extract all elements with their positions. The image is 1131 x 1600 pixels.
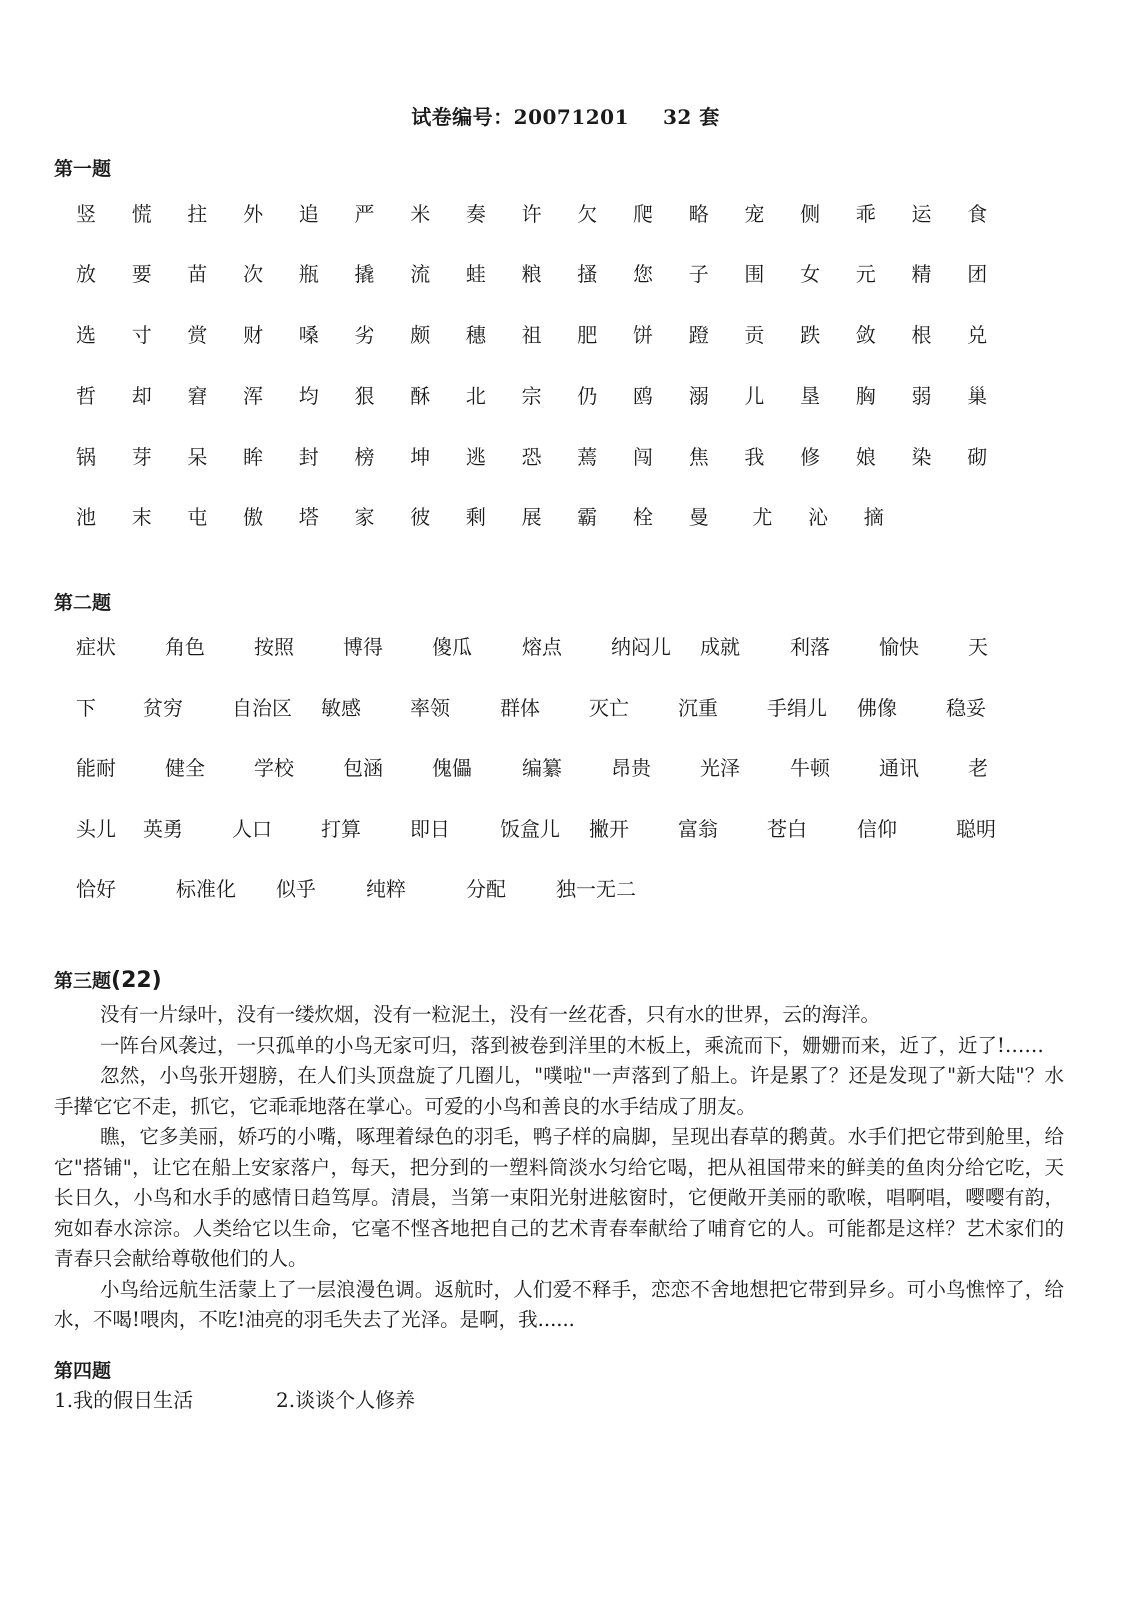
- character-item: 元: [856, 258, 886, 287]
- word-item: 通讯: [879, 752, 919, 781]
- character-item: 竖: [76, 198, 106, 227]
- word-item: 博得: [343, 631, 383, 660]
- character-item: 北: [466, 380, 496, 409]
- character-item: 严: [355, 198, 385, 227]
- character-item: 砌: [967, 441, 997, 470]
- word-item: 学校: [254, 752, 294, 781]
- character-item: 嗓: [299, 319, 329, 348]
- word-item: 纳闷儿: [611, 631, 671, 660]
- character-item: 爬: [633, 198, 663, 227]
- passage-paragraph: 忽然，小鸟张开翅膀，在人们头顶盘旋了几圈儿，"噗啦"一声落到了船上。许是累了？还…: [54, 1061, 1064, 1122]
- word-item: 标准化: [176, 873, 236, 902]
- word-item: 富翁: [678, 813, 718, 842]
- character-item: 米: [410, 198, 440, 227]
- character-item: 运: [912, 198, 942, 227]
- character-item: 穗: [466, 319, 496, 348]
- word-item: 编纂: [522, 752, 562, 781]
- section4-heading: 第四题: [54, 1356, 111, 1383]
- character-item: 粮: [522, 258, 552, 287]
- word-item: 独一无二: [556, 873, 636, 902]
- character-item: 流: [410, 258, 440, 287]
- essay-topic: 1.我的假日生活: [54, 1384, 276, 1413]
- essay-topics: 1.我的假日生活2.谈谈个人修养: [54, 1384, 415, 1413]
- character-item: 展: [522, 501, 552, 530]
- character-item: 儿: [744, 380, 774, 409]
- character-item: 塔: [299, 501, 329, 530]
- character-item: 弱: [912, 380, 942, 409]
- character-item: 宗: [522, 380, 552, 409]
- word-item: 自治区: [232, 692, 292, 721]
- reading-passage: 没有一片绿叶，没有一缕炊烟，没有一粒泥土，没有一丝花香，只有水的世界，云的海洋。…: [54, 1000, 1064, 1336]
- section3-score: (22): [111, 968, 162, 993]
- character-item: 彼: [410, 501, 440, 530]
- character-item: 团: [967, 258, 997, 287]
- word-item: 稳妥: [946, 692, 986, 721]
- character-item: 剩: [466, 501, 496, 530]
- word-item: 昂贵: [611, 752, 651, 781]
- word-item: 人口: [232, 813, 272, 842]
- character-item: 要: [132, 258, 162, 287]
- character-item: 寸: [132, 319, 162, 348]
- word-item: 群体: [500, 692, 540, 721]
- word-item: 傻瓜: [432, 631, 472, 660]
- word-item: 即日: [410, 813, 450, 842]
- character-item: 屯: [187, 501, 217, 530]
- character-item: 巢: [967, 380, 997, 409]
- character-item: 溺: [689, 380, 719, 409]
- character-item: 却: [132, 380, 162, 409]
- character-item: 沁: [808, 501, 838, 530]
- character-item: 劣: [355, 319, 385, 348]
- character-item: 精: [912, 258, 942, 287]
- character-item: 蹬: [689, 319, 719, 348]
- character-item: 您: [633, 258, 663, 287]
- word-item: 头儿: [76, 813, 116, 842]
- essay-topic: 2.谈谈个人修养: [276, 1384, 415, 1413]
- character-item: 均: [299, 380, 329, 409]
- character-item: 许: [522, 198, 552, 227]
- character-item: 逃: [466, 441, 496, 470]
- character-item: 围: [744, 258, 774, 287]
- character-item: 坤: [410, 441, 440, 470]
- character-item: 我: [744, 441, 774, 470]
- exam-id: 试卷编号：20071201: [411, 105, 629, 129]
- word-item: 沉重: [678, 692, 718, 721]
- character-item: 栓: [633, 501, 663, 530]
- character-item: 芽: [132, 441, 162, 470]
- section3-heading: 第三题(22): [54, 966, 162, 993]
- character-item: 霸: [577, 501, 607, 530]
- word-item: 聪明: [956, 813, 996, 842]
- word-item: 撇开: [589, 813, 629, 842]
- character-item: 榜: [355, 441, 385, 470]
- character-item: 垦: [800, 380, 830, 409]
- word-item: 饭盒儿: [500, 813, 560, 842]
- word-item: 愉快: [879, 631, 919, 660]
- character-item: 池: [76, 501, 106, 530]
- character-item: 肥: [577, 319, 607, 348]
- character-item: 封: [299, 441, 329, 470]
- word-item: 苍白: [767, 813, 807, 842]
- character-item: 浑: [243, 380, 273, 409]
- character-item: 恐: [522, 441, 552, 470]
- passage-paragraph: 一阵台风袭过，一只孤单的小鸟无家可归，落到被卷到洋里的木板上，乘流而下，姗姗而来…: [54, 1031, 1064, 1062]
- character-item: 乖: [856, 198, 886, 227]
- character-item: 赏: [187, 319, 217, 348]
- character-item: 修: [800, 441, 830, 470]
- word-item: 佛像: [857, 692, 897, 721]
- character-item: 眸: [243, 441, 273, 470]
- word-item: 敏感: [321, 692, 361, 721]
- character-item: 略: [689, 198, 719, 227]
- character-item: 家: [355, 501, 385, 530]
- word-item: 贫穷: [143, 692, 183, 721]
- word-item: 纯粹: [366, 873, 406, 902]
- character-item: 呆: [187, 441, 217, 470]
- character-item: 焦: [689, 441, 719, 470]
- character-item: 选: [76, 319, 106, 348]
- character-item: 放: [76, 258, 106, 287]
- character-item: 奏: [466, 198, 496, 227]
- character-item: 贡: [744, 319, 774, 348]
- word-item: 老: [968, 752, 988, 781]
- word-item: 角色: [165, 631, 205, 660]
- character-item: 酥: [410, 380, 440, 409]
- character-item: 敛: [856, 319, 886, 348]
- character-item: 财: [243, 319, 273, 348]
- character-item: 外: [243, 198, 273, 227]
- character-item: 胸: [856, 380, 886, 409]
- word-item: 率领: [410, 692, 450, 721]
- section1-heading: 第一题: [54, 154, 111, 181]
- word-item: 天: [968, 631, 988, 660]
- character-item: 兑: [967, 319, 997, 348]
- character-item: 颇: [410, 319, 440, 348]
- word-item: 按照: [254, 631, 294, 660]
- section3-heading-label: 第三题: [54, 970, 111, 992]
- character-item: 鸥: [633, 380, 663, 409]
- character-item: 瓶: [299, 258, 329, 287]
- word-item: 灭亡: [589, 692, 629, 721]
- exam-title: 试卷编号：2007120132 套: [0, 101, 1131, 130]
- character-item: 末: [132, 501, 162, 530]
- character-item: 撬: [355, 258, 385, 287]
- character-item: 娘: [856, 441, 886, 470]
- character-item: 女: [800, 258, 830, 287]
- word-item: 傀儡: [432, 752, 472, 781]
- word-item: 包涵: [343, 752, 383, 781]
- word-item: 利落: [790, 631, 830, 660]
- passage-paragraph: 没有一片绿叶，没有一缕炊烟，没有一粒泥土，没有一丝花香，只有水的世界，云的海洋。: [54, 1000, 1064, 1031]
- character-item: 根: [912, 319, 942, 348]
- character-item: 跌: [800, 319, 830, 348]
- word-item: 牛顿: [790, 752, 830, 781]
- word-item: 手绢儿: [767, 692, 827, 721]
- character-item: 拄: [187, 198, 217, 227]
- character-item: 欠: [577, 198, 607, 227]
- word-item: 光泽: [700, 752, 740, 781]
- word-item: 恰好: [76, 873, 116, 902]
- character-item: 苗: [187, 258, 217, 287]
- word-item: 分配: [466, 873, 506, 902]
- character-item: 蔫: [577, 441, 607, 470]
- character-item: 次: [243, 258, 273, 287]
- character-item: 宠: [744, 198, 774, 227]
- word-item: 似乎: [276, 873, 316, 902]
- exam-set: 32 套: [663, 105, 720, 129]
- word-item: 下: [76, 692, 96, 721]
- word-item: 信仰: [857, 813, 897, 842]
- character-item: 摘: [864, 501, 894, 530]
- character-item: 锅: [76, 441, 106, 470]
- character-item: 仍: [577, 380, 607, 409]
- character-item: 侧: [800, 198, 830, 227]
- passage-paragraph: 瞧，它多美丽，娇巧的小嘴，啄理着绿色的羽毛，鸭子样的扁脚，呈现出春草的鹅黄。水手…: [54, 1122, 1064, 1275]
- word-item: 成就: [700, 631, 740, 660]
- character-item: 狠: [355, 380, 385, 409]
- word-item: 健全: [165, 752, 205, 781]
- character-item: 蛙: [466, 258, 496, 287]
- character-item: 食: [967, 198, 997, 227]
- character-item: 窘: [187, 380, 217, 409]
- word-item: 打算: [321, 813, 361, 842]
- character-item: 饼: [633, 319, 663, 348]
- character-item: 子: [689, 258, 719, 287]
- character-item: 闯: [633, 441, 663, 470]
- character-item: 傲: [243, 501, 273, 530]
- character-item: 哲: [76, 380, 106, 409]
- word-item: 熔点: [522, 631, 562, 660]
- word-item: 英勇: [143, 813, 183, 842]
- word-item: 能耐: [76, 752, 116, 781]
- character-item: 慌: [132, 198, 162, 227]
- character-item: 染: [912, 441, 942, 470]
- section2-heading: 第二题: [54, 588, 111, 615]
- word-item: 症状: [76, 631, 116, 660]
- character-item: 祖: [522, 319, 552, 348]
- character-item: 追: [299, 198, 329, 227]
- character-item: 曼: [689, 501, 719, 530]
- character-item: 搔: [577, 258, 607, 287]
- character-item: 尤: [752, 501, 782, 530]
- passage-paragraph: 小鸟给远航生活蒙上了一层浪漫色调。返航时，人们爱不释手，恋恋不舍地想把它带到异乡…: [54, 1275, 1064, 1336]
